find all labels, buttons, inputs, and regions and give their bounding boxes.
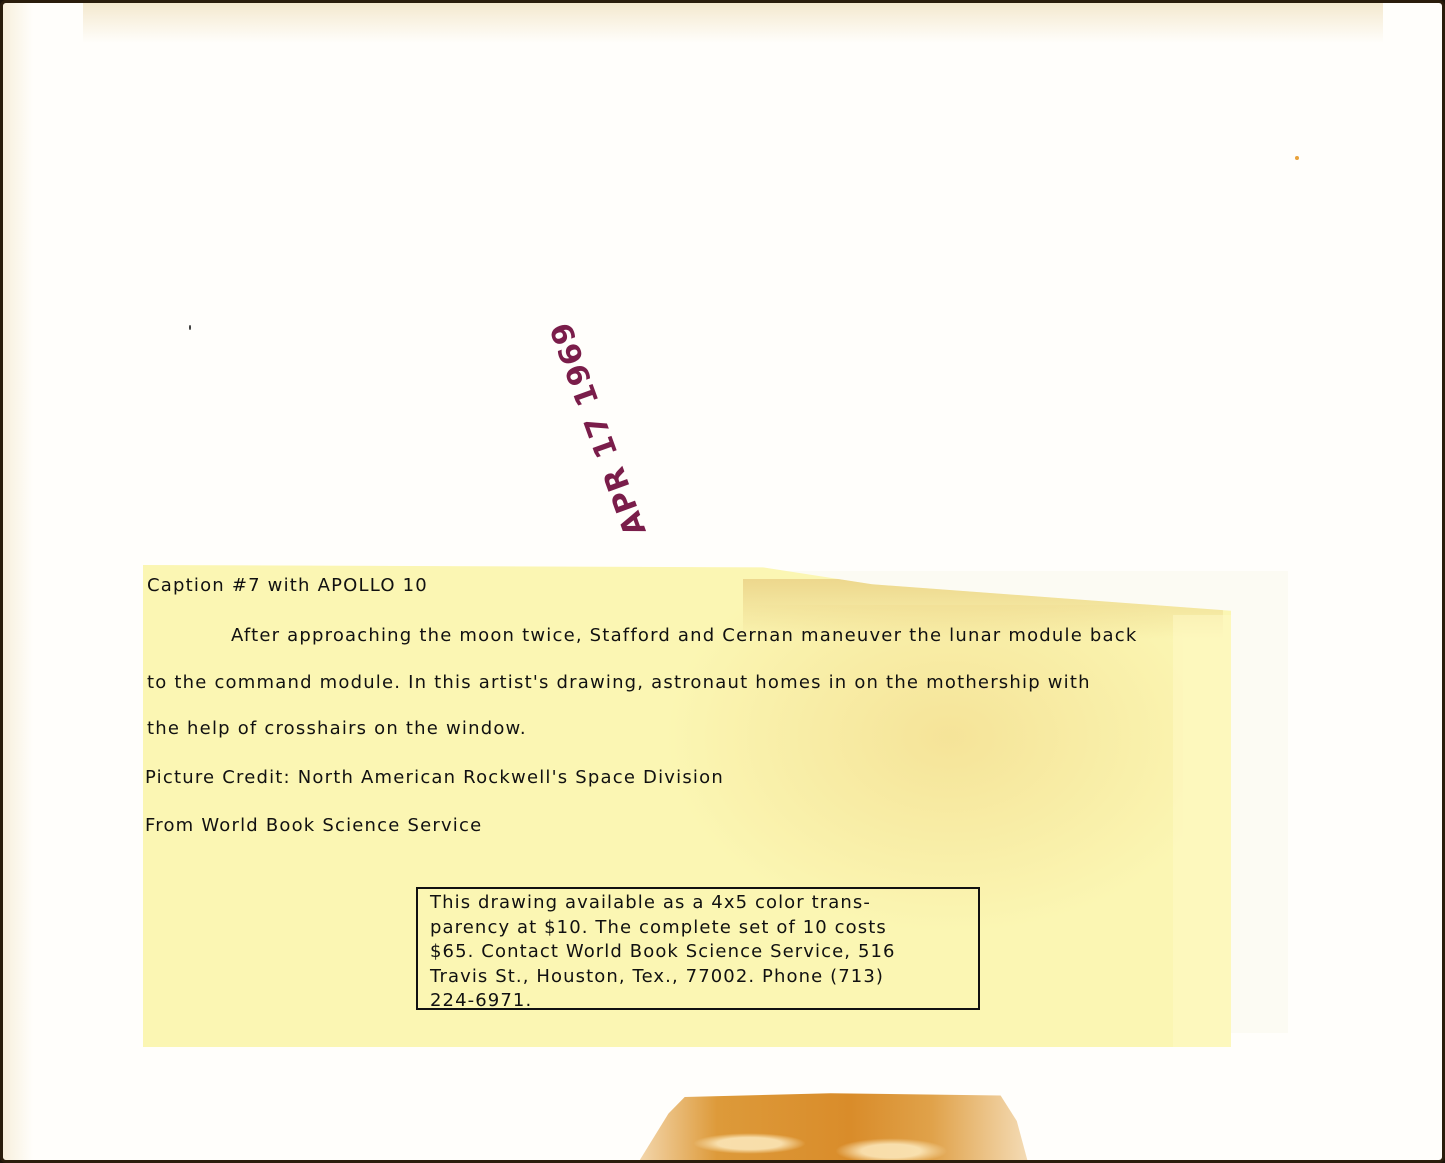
caption-body-line: to the command module. In this artist's … [147, 672, 1091, 693]
source-credit: From World Book Science Service [145, 815, 482, 836]
order-line: 224-6971. [430, 989, 968, 1014]
caption-slip: Caption #7 with APOLLO 10 After approach… [143, 565, 1231, 1047]
picture-credit: Picture Credit: North American Rockwell'… [145, 767, 724, 788]
order-line: parency at $10. The complete set of 10 c… [430, 916, 968, 941]
caption-body-line: the help of crosshairs on the window. [147, 718, 527, 739]
photo-back: APR 17 1969 Caption #7 with APOLLO 10 Af… [0, 0, 1445, 1163]
order-line: Travis St., Houston, Tex., 77002. Phone … [430, 965, 968, 990]
edge-stain [83, 3, 1383, 43]
order-line: This drawing available as a 4x5 color tr… [430, 891, 968, 916]
slip-stain [663, 605, 1183, 935]
date-stamp: APR 17 1969 [552, 341, 653, 541]
caption-title: Caption #7 with APOLLO 10 [147, 575, 428, 596]
ink-speck [1295, 156, 1299, 160]
slip-overlap [1173, 615, 1231, 1047]
edge-tint [3, 3, 33, 1163]
caption-body-line: After approaching the moon twice, Staffo… [231, 625, 1137, 646]
order-line: $65. Contact World Book Science Service,… [430, 940, 968, 965]
order-info-box: This drawing available as a 4x5 color tr… [416, 887, 980, 1010]
ink-speck [189, 325, 191, 330]
adhesive-residue [628, 1091, 1033, 1163]
